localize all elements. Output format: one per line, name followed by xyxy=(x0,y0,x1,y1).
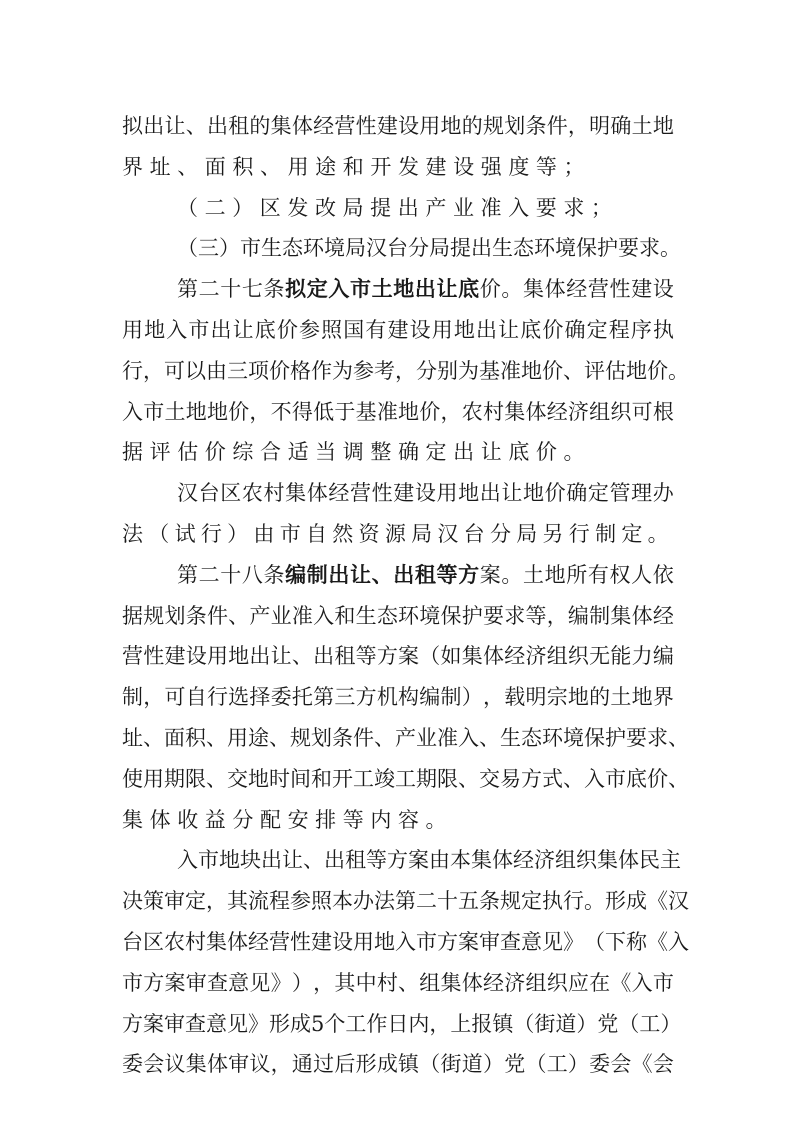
text-line: 制，可自行选择委托第三方机构编制），载明宗地的土地界 xyxy=(122,677,674,718)
text-line: 营性建设用地出让、出租等方案（如集体经济组织无能力编 xyxy=(122,636,674,677)
text-line: 据评估价综合适当调整确定出让底价。 xyxy=(122,432,674,473)
document-body: 拟出让、出租的集体经营性建设用地的规划条件，明确土地界址、面积、用途和开发建设强… xyxy=(122,106,674,1085)
text-line: 委会议集体审议，通过后形成镇（街道）党（工）委会《会 xyxy=(122,1044,674,1085)
text-line: 行，可以由三项价格作为参考，分别为基准地价、评估地价。 xyxy=(122,351,674,392)
text-line: 据规划条件、产业准入和生态环境保护要求等，编制集体经 xyxy=(122,596,674,637)
text-line: 汉台区农村集体经营性建设用地出让地价确定管理办 xyxy=(122,473,674,514)
text-line: 方案审查意见》形成5个工作日内，上报镇（街道）党（工） xyxy=(122,1004,674,1045)
text-line: 入市土地地价，不得低于基准地价，农村集体经济组织可根 xyxy=(122,392,674,433)
text-line: 址、面积、用途、规划条件、产业准入、生态环境保护要求、 xyxy=(122,718,674,759)
text-line: 市方案审查意见》），其中村、组集体经济组织应在《入市 xyxy=(122,963,674,1004)
text-line: 使用期限、交地时间和开工竣工期限、交易方式、入市底价、 xyxy=(122,759,674,800)
text-line: 第二十七条拟定入市土地出让底价。集体经营性建设 xyxy=(122,269,674,310)
text-line: 决策审定，其流程参照本办法第二十五条规定执行。形成《汉 xyxy=(122,881,674,922)
text-line: 集体收益分配安排等内容。 xyxy=(122,800,674,841)
text-line: 法（试行）由市自然资源局汉台分局另行制定。 xyxy=(122,514,674,555)
text-line: 拟出让、出租的集体经营性建设用地的规划条件，明确土地 xyxy=(122,106,674,147)
text-line: 台区农村集体经营性建设用地入市方案审查意见》（下称《入 xyxy=(122,922,674,963)
text-line: 第二十八条编制出让、出租等方案。土地所有权人依 xyxy=(122,555,674,596)
text-line: 界址、面积、用途和开发建设强度等； xyxy=(122,147,674,188)
text-line: 用地入市出让底价参照国有建设用地出让底价确定程序执 xyxy=(122,310,674,351)
text-line: （二）区发改局提出产业准入要求； xyxy=(122,188,674,229)
text-line: （三）市生态环境局汉台分局提出生态环境保护要求。 xyxy=(122,228,674,269)
text-line: 入市地块出让、出租等方案由本集体经济组织集体民主 xyxy=(122,840,674,881)
document-page: 拟出让、出租的集体经营性建设用地的规划条件，明确土地界址、面积、用途和开发建设强… xyxy=(0,0,793,1122)
